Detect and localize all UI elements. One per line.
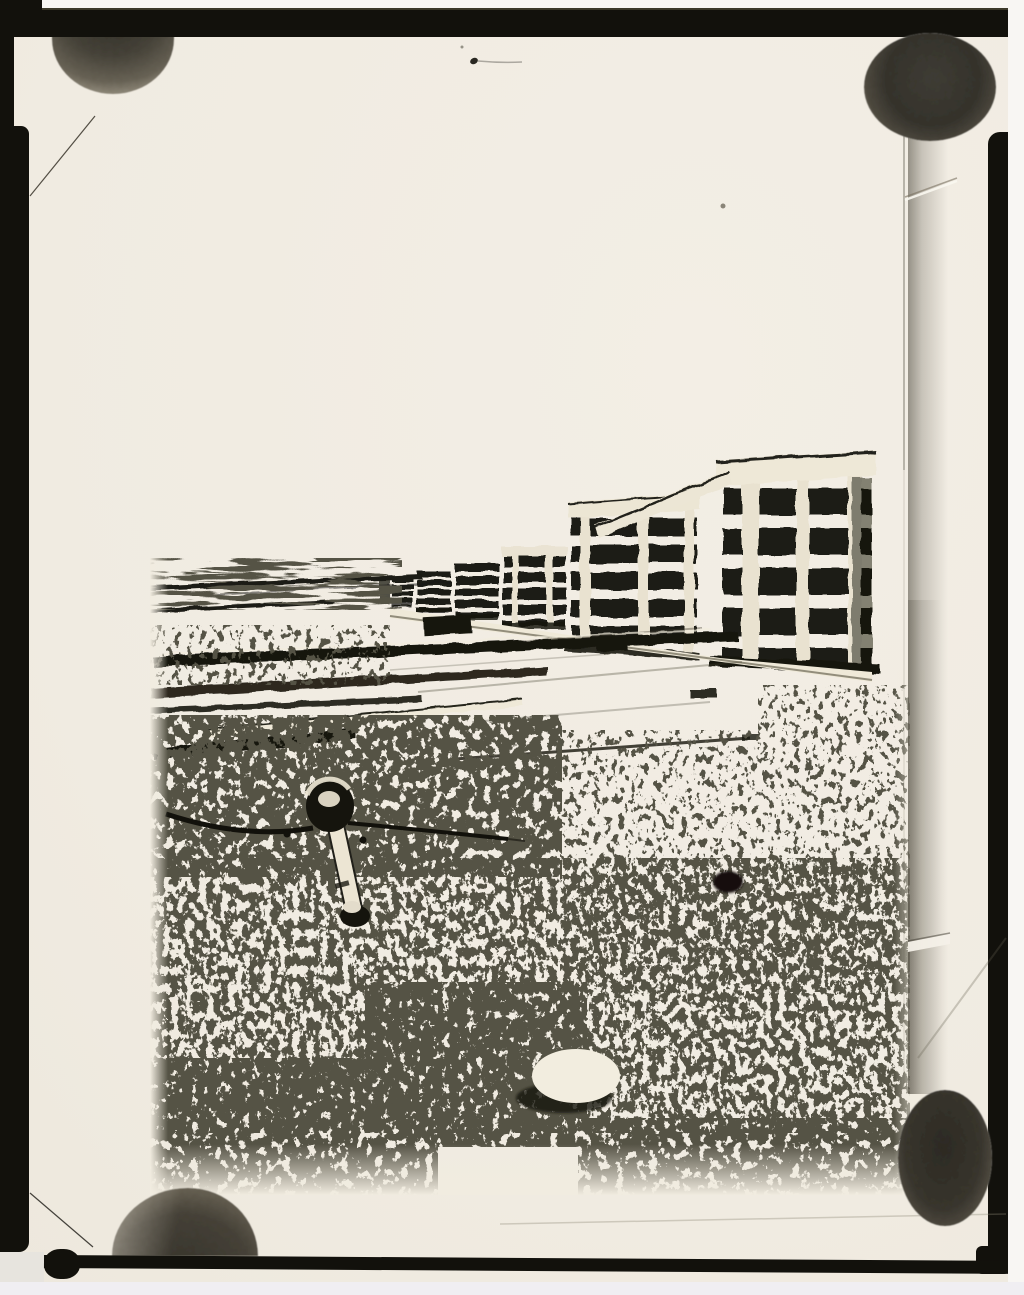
dust-speck-1 [461,46,464,49]
dark-hole [713,871,743,893]
photo-left-fade [150,558,168,1195]
horizon-debris [150,558,402,610]
magnet-top-left [52,36,174,94]
frame-bar-left-upper [0,0,14,132]
magnet-top-right [864,33,996,141]
crease-top-right [905,178,957,197]
tie-stack-4 [417,570,451,612]
crease-top-right-highlight [905,181,957,200]
margin-strip-right [1008,0,1024,1295]
margin-strip-bottom [0,1282,1024,1295]
ink-speck [469,57,479,66]
photo-bottom-fade [150,1144,910,1195]
tie-stack-3 [455,562,499,618]
near-stack-shaded-end [852,478,872,665]
dust-speck-2 [721,204,726,209]
stack2-cap [501,546,567,556]
ink-speck-tail [478,61,522,62]
scratch-lower-left [30,1193,93,1247]
light-rock [532,1049,620,1103]
frame-bar-bottom [44,1255,1010,1274]
margin-strip-top [42,0,1008,8]
scanned-photo-page [0,0,1024,1295]
frame-bar-left [0,126,29,1252]
scratch-upper-left [30,116,95,196]
photograph-scene [150,430,925,1195]
frame-bar-top [0,8,1008,37]
frame-bar-right [988,132,1010,1262]
magnet-bottom-right [898,1090,992,1226]
frame-bar-bottom-cap [44,1249,80,1279]
magnet-bottom-left [112,1188,258,1256]
